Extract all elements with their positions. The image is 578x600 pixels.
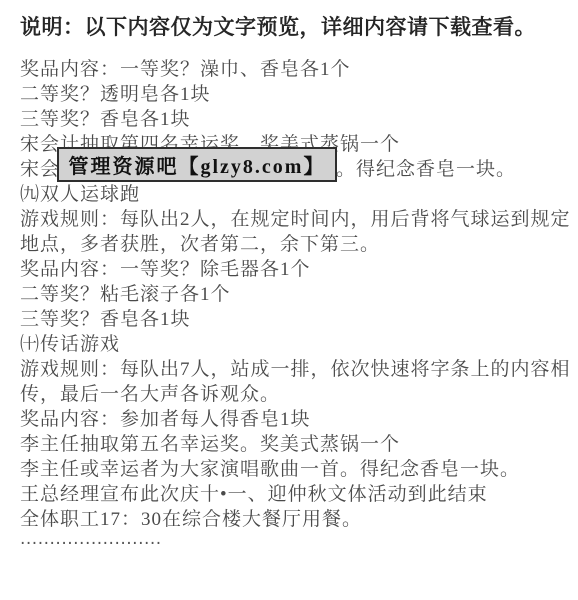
document-preview-page: 说明：以下内容仅为文字预览，详细内容请下载查看。 奖品内容：一等奖？澡巾、香皂各… <box>0 0 578 600</box>
preview-notice-header: 说明：以下内容仅为文字预览，详细内容请下载查看。 <box>20 15 570 41</box>
truncation-dots: ························ <box>20 532 574 557</box>
text-line: 游戏规则：每队出2人，在规定时间内，用后背将气球运到规定 <box>20 207 574 232</box>
content-lines: 奖品内容：一等奖？澡巾、香皂各1个二等奖？透明皂各1块三等奖？香皂各1块宋会计抽… <box>20 57 574 557</box>
text-line: 奖品内容：一等奖？澡巾、香皂各1个 <box>20 57 574 82</box>
line-right-segment: 。得纪念香皂一块。 <box>336 157 516 182</box>
text-line: 游戏规则：每队出7人，站成一排，依次快速将字条上的内容相 <box>20 357 574 382</box>
text-line: 李主任或幸运者为大家演唱歌曲一首。得纪念香皂一块。 <box>20 457 574 482</box>
text-line: 奖品内容：一等奖？除毛器各1个 <box>20 257 574 282</box>
watermark-overlay: 管理资源吧【glzy8.com】 <box>57 147 337 182</box>
text-line: 二等奖？透明皂各1块 <box>20 82 574 107</box>
text-line: 李主任抽取第五名幸运奖。奖美式蒸锅一个 <box>20 432 574 457</box>
text-line: ㈩传话游戏 <box>20 332 574 357</box>
text-line: 奖品内容：参加者每人得香皂1块 <box>20 407 574 432</box>
line-left-segment: 宋会 <box>20 159 60 180</box>
text-line: 三等奖？香皂各1块 <box>20 307 574 332</box>
text-line: 全体职工17：30在综合楼大餐厅用餐。 <box>20 507 574 532</box>
text-line: 三等奖？香皂各1块 <box>20 107 574 132</box>
text-line: 传，最后一名大声各诉观众。 <box>20 382 574 407</box>
text-line: ㈨双人运球跑 <box>20 182 574 207</box>
text-line: 二等奖？粘毛滚子各1个 <box>20 282 574 307</box>
text-line: 地点，多者获胜，次者第二，余下第三。 <box>20 232 574 257</box>
text-line: 王总经理宣布此次庆十•一、迎仲秋文体活动到此结束 <box>20 482 574 507</box>
